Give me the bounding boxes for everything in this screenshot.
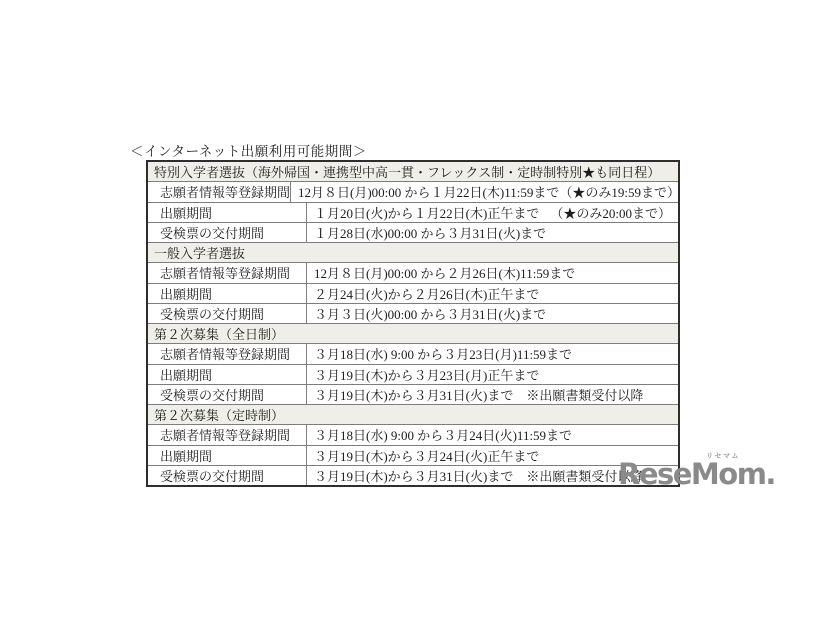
row-value: ２月24日(火)から２月26日(木)正午まで [314, 284, 539, 303]
table-row: 志願者情報等登録期間 ３月18日(水) 9:00 から３月23日(月)11:59… [148, 344, 678, 364]
table-row: 出願期間 １月20日(火)から１月22日(木)正午まで （★のみ20:00まで） [148, 203, 678, 223]
row-value-cell: 12月８日(月)00:00 から２月26日(木)11:59まで [307, 263, 678, 282]
row-value: ３月18日(水) 9:00 から３月23日(月)11:59まで [314, 344, 572, 363]
row-value-cell: １月20日(火)から１月22日(木)正午まで （★のみ20:00まで） [307, 203, 678, 222]
table-row: 受検票の交付期間 ３月19日(木)から３月31日(火)まで ※出願書類受付以降 [148, 385, 678, 405]
application-period-table: 特別入学者選抜（海外帰国・連携型中高一貫・フレックス制・定時制特別★も同日程） … [146, 160, 680, 487]
row-label: 受検票の交付期間 [148, 466, 307, 485]
row-value-cell: 12月８日(月)00:00 から１月22日(木)11:59まで （★のみ19:5… [291, 182, 678, 201]
row-label: 志願者情報等登録期間 [148, 425, 307, 444]
section-header-second-recruitment-fulltime: 第２次募集（全日制） [148, 324, 678, 344]
row-value-cell: １月28日(水)00:00 から３月31日(火)まで [307, 223, 678, 242]
row-label: 受検票の交付期間 [148, 223, 307, 242]
resemom-logo: リセマム ReseMom. [618, 451, 758, 493]
row-value-cell: ３月18日(水) 9:00 から３月24日(火)11:59まで [307, 425, 678, 444]
row-label: 出願期間 [148, 446, 307, 465]
table-row: 受検票の交付期間 ３月３日(火)00:00 から３月31日(火)まで [148, 304, 678, 324]
row-label: 出願期間 [148, 365, 307, 384]
section-header-general-selection: 一般入学者選抜 [148, 243, 678, 263]
row-label: 受検票の交付期間 [148, 304, 307, 323]
resemom-logo-text: ReseMom. [618, 457, 775, 491]
row-label: 出願期間 [148, 203, 307, 222]
row-value: ３月19日(木)から３月31日(火)まで ※出願書類受付以降 [314, 385, 643, 404]
row-label: 出願期間 [148, 284, 307, 303]
row-value: ３月19日(木)から３月24日(火)正午まで [314, 446, 539, 465]
table-row: 志願者情報等登録期間 12月８日(月)00:00 から２月26日(木)11:59… [148, 263, 678, 283]
row-label: 受検票の交付期間 [148, 385, 307, 404]
row-value-cell: ３月19日(木)から３月31日(火)まで ※出願書類受付以降 [307, 385, 678, 404]
row-note: （★のみ20:00まで） [550, 203, 671, 222]
row-value-cell: ２月24日(火)から２月26日(木)正午まで [307, 284, 678, 303]
table-row: 出願期間 ３月19日(木)から３月23日(月)正午まで [148, 365, 678, 385]
table-row: 受検票の交付期間 １月28日(水)00:00 から３月31日(火)まで [148, 223, 678, 243]
row-value-cell: ３月３日(火)00:00 から３月31日(火)まで [307, 304, 678, 323]
section-header-second-recruitment-parttime: 第２次募集（定時制） [148, 405, 678, 425]
row-label: 志願者情報等登録期間 [148, 182, 291, 201]
row-label: 志願者情報等登録期間 [148, 263, 307, 282]
row-value: ３月19日(木)から３月31日(火)まで ※出願書類受付以降 [314, 466, 643, 485]
row-note: （★のみ19:59まで） [559, 182, 678, 201]
row-value: 12月８日(月)00:00 から２月26日(木)11:59まで [314, 263, 575, 282]
page-title: ＜インターネット出願利用可能期間＞ [130, 140, 367, 160]
row-value: １月20日(火)から１月22日(木)正午まで [314, 203, 539, 222]
row-value: ３月３日(火)00:00 から３月31日(火)まで [314, 304, 546, 323]
row-value-cell: ３月18日(水) 9:00 から３月23日(月)11:59まで [307, 344, 678, 363]
row-value-cell: ３月19日(木)から３月23日(月)正午まで [307, 365, 678, 384]
table-row: 出願期間 ２月24日(火)から２月26日(木)正午まで [148, 284, 678, 304]
table-row: 志願者情報等登録期間 12月８日(月)00:00 から１月22日(木)11:59… [148, 182, 678, 202]
table-row: 出願期間 ３月19日(木)から３月24日(火)正午まで [148, 446, 678, 466]
section-header-special-selection: 特別入学者選抜（海外帰国・連携型中高一貫・フレックス制・定時制特別★も同日程） [148, 162, 678, 182]
table-row: 志願者情報等登録期間 ３月18日(水) 9:00 から３月24日(火)11:59… [148, 425, 678, 445]
row-value: 12月８日(月)00:00 から１月22日(木)11:59まで [298, 182, 559, 201]
row-value: ３月19日(木)から３月23日(月)正午まで [314, 365, 539, 384]
row-value: １月28日(水)00:00 から３月31日(火)まで [314, 223, 546, 242]
table-row: 受検票の交付期間 ３月19日(木)から３月31日(火)まで ※出願書類受付以降 [148, 466, 678, 485]
row-label: 志願者情報等登録期間 [148, 344, 307, 363]
row-value: ３月18日(水) 9:00 から３月24日(火)11:59まで [314, 425, 572, 444]
